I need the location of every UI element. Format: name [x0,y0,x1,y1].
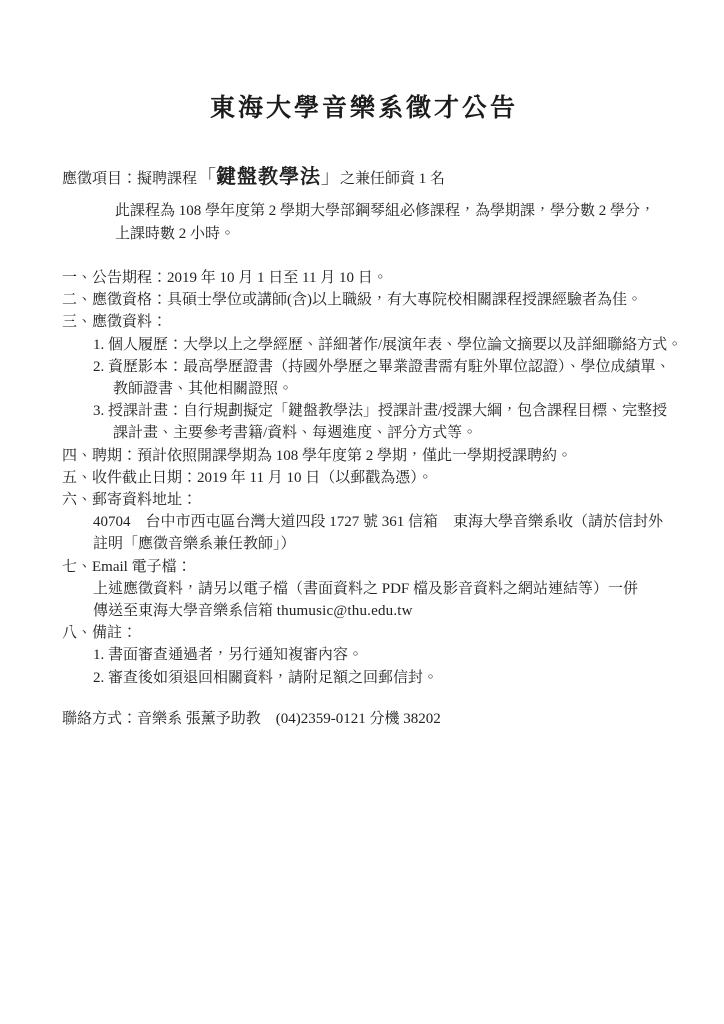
close-quote: 」 [321,167,340,188]
document-content: 東海大學音樂系徵才公告 應徵項目：擬聘課程「鍵盤教學法」之兼任師資 1 名 此課… [0,0,724,730]
course-description: 此課程為 108 學年度第 2 學期大學部鋼琴組必修課程，為學期課，學分數 2 … [62,200,666,246]
course-plan-item: 3. 授課計畫：自行規劃擬定「鍵盤教學法」授課計畫/授課大綱，包含課程目標、完整… [62,400,666,422]
note-item-2: 2. 審查後如須退回相關資料，請附足額之回郵信封。 [62,667,666,689]
course-description-line-2: 上課時數 2 小時。 [115,223,666,246]
personal-resume-item: 1. 個人履歷：大學以上之學經歷、詳細著作/展演年表、學位論文摘要以及詳細聯絡方… [62,334,666,356]
contact-line: 聯絡方式：音樂系 張薰予助教 (04)2359-0121 分機 38202 [62,708,666,730]
course-description-line-1: 此課程為 108 學年度第 2 學期大學部鋼琴組必修課程，為學期課，學分數 2 … [115,200,666,223]
email-address: thumusic@thu.edu.tw [277,603,413,619]
email-heading: 七、Email 電子檔： [62,556,666,578]
announcement-period-line: 一、公告期程：2019 年 10 月 1 日至 11 月 10 日。 [62,267,666,289]
mailing-address-heading: 六、郵寄資料地址： [62,489,666,511]
employment-period-line: 四、聘期：預計依照開課學期為 108 學年度第 2 學期，僅此一學期授課聘約。 [62,445,666,467]
position-prefix: 應徵項目：擬聘課程 [62,171,197,187]
email-send-prefix: 傳送至東海大學音樂系信箱 [93,603,277,619]
deadline-line: 五、收件截止日期：2019 年 11 月 10 日（以郵戳為憑）。 [62,467,666,489]
course-name: 鍵盤教學法 [216,166,321,188]
credentials-item: 2. 資歷影本：最高學歷證書（持國外學歷之畢業證書需有駐外單位認證）、學位成績單… [62,356,666,378]
mailing-address-continued: 註明「應徵音樂系兼任教師」） [62,533,666,555]
position-suffix: 之兼任師資 1 名 [340,171,445,187]
document-page: 東海大學音樂系徵才公告 應徵項目：擬聘課程「鍵盤教學法」之兼任師資 1 名 此課… [0,0,724,1024]
email-send-line: 傳送至東海大學音樂系信箱 thumusic@thu.edu.tw [62,600,666,622]
credentials-item-continued: 教師證書、其他相關證照。 [62,378,666,400]
email-instruction-line: 上述應徵資料，請另以電子檔（書面資料之 PDF 檔及影音資料之網站連結等）一併 [62,578,666,600]
announcement-body: 一、公告期程：2019 年 10 月 1 日至 11 月 10 日。 二、應徵資… [62,267,666,689]
announcement-title: 東海大學音樂系徵才公告 [62,88,666,124]
mailing-address-line: 40704 台中市西屯區台灣大道四段 1727 號 361 信箱 東海大學音樂系… [62,511,666,533]
application-materials-heading: 三、應徵資料： [62,311,666,333]
qualification-line: 二、應徵資格：具碩士學位或講師(含)以上職級，有大專院校相關課程授課經驗者為佳。 [62,289,666,311]
note-item-1: 1. 書面審查通過者，另行通知複審內容。 [62,644,666,666]
course-plan-item-continued: 課計畫、主要參考書籍/資料、每週進度、評分方式等。 [62,422,666,444]
open-quote: 「 [197,167,216,188]
notes-heading: 八、備註： [62,622,666,644]
position-line: 應徵項目：擬聘課程「鍵盤教學法」之兼任師資 1 名 [62,164,666,192]
